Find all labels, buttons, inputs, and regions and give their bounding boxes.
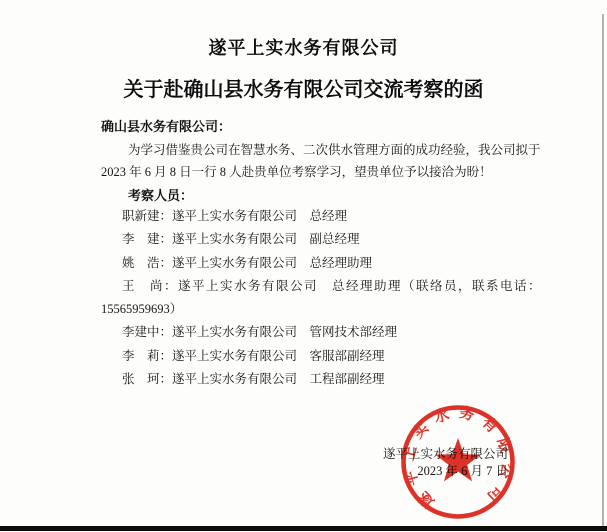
personnel-line: 李建中：遂平上实水务有限公司 管网技术部经理 <box>122 321 547 344</box>
scan-edge-bottom <box>0 526 607 531</box>
personnel-list: 职新建：遂平上实水务有限公司 总经理 李 建：遂平上实水务有限公司 副总经理 姚… <box>122 205 547 391</box>
personnel-list-heading: 考察人员： <box>128 185 193 204</box>
company-seal: 遂平上实水务有限公司 <box>396 400 520 524</box>
letter-title: 遂平上实水务有限公司 <box>0 34 607 60</box>
star-icon <box>435 438 481 481</box>
personnel-line-phone-continuation: 15565959693） <box>101 298 547 321</box>
body-paragraph-line-1: 为学习借鉴贵公司在智慧水务、二次供水管理方面的成功经验，我公司拟于 <box>128 140 541 158</box>
personnel-line: 李 莉：遂平上实水务有限公司 客服部副经理 <box>122 345 547 368</box>
letter-page: 遂平上实水务有限公司 关于赴确山县水务有限公司交流考察的函 确山县水务有限公司：… <box>0 0 607 532</box>
letter-subject: 关于赴确山县水务有限公司交流考察的函 <box>0 73 607 102</box>
body-paragraph-line-2: 2023 年 6 月 8 日一行 8 人赴贵单位考察学习，望贵单位予以接洽为盼！ <box>101 162 492 180</box>
personnel-line: 职新建：遂平上实水务有限公司 总经理 <box>122 205 547 228</box>
personnel-line: 姚 浩：遂平上实水务有限公司 总经理助理 <box>122 252 547 275</box>
personnel-line: 王 尚：遂平上实水务有限公司 总经理助理（联络员，联系电话： <box>122 275 547 298</box>
salutation: 确山县水务有限公司： <box>101 116 231 135</box>
personnel-line: 张 珂：遂平上实水务有限公司 工程部副经理 <box>122 368 547 391</box>
personnel-line: 李 建：遂平上实水务有限公司 副总经理 <box>122 228 547 251</box>
scan-edge-right <box>602 14 604 527</box>
